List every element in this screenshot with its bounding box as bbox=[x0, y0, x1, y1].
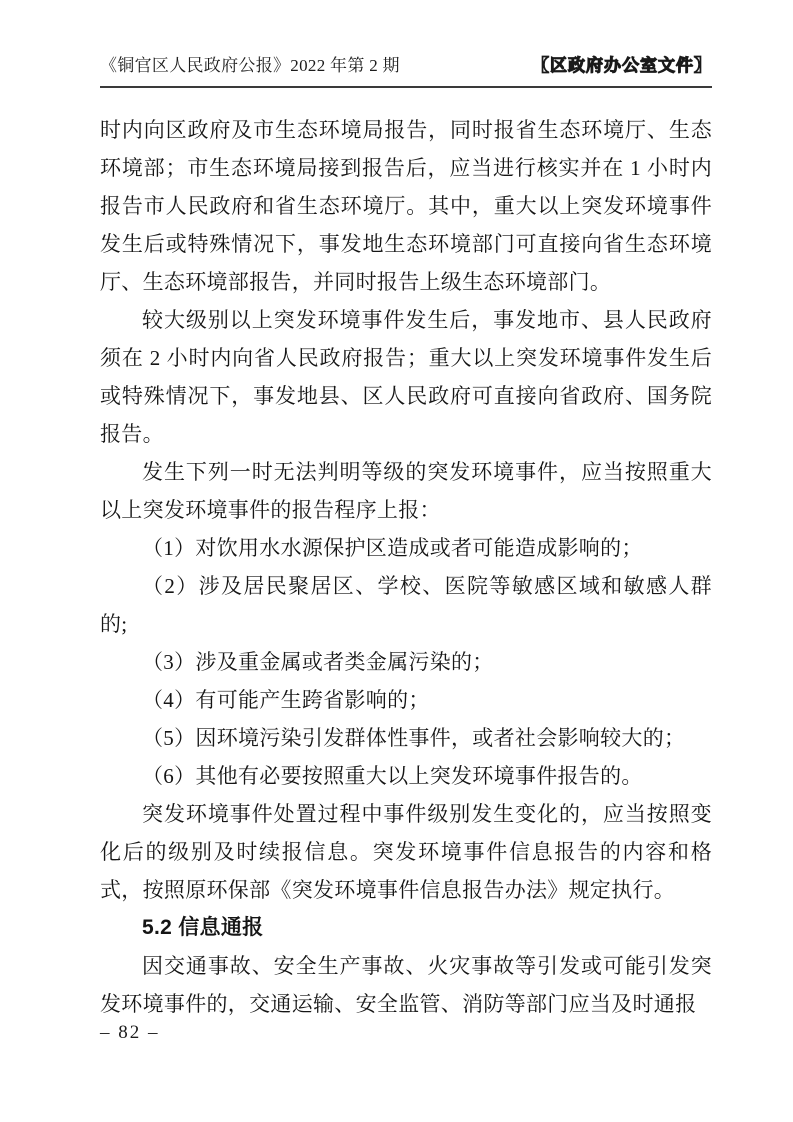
body-paragraph: 较大级别以上突发环境事件发生后，事发地市、县人民政府须在 2 小时内向省人民政府… bbox=[100, 301, 712, 453]
page-header: 《铜官区人民政府公报》2022 年第 2 期 【区政府办公室文件】 bbox=[100, 54, 712, 78]
body-paragraph: （6）其他有必要按照重大以上突发环境事件报告的。 bbox=[100, 757, 712, 795]
page-number: – 82 – bbox=[100, 1022, 160, 1043]
section-heading: 5.2 信息通报 bbox=[100, 909, 712, 947]
body-paragraph: （4）有可能产生跨省影响的； bbox=[100, 681, 712, 719]
body-paragraph: （3）涉及重金属或者类金属污染的； bbox=[100, 643, 712, 681]
document-category-label: 【区政府办公室文件】 bbox=[532, 54, 712, 78]
body-paragraph: （5）因环境污染引发群体性事件，或者社会影响较大的； bbox=[100, 719, 712, 757]
body-paragraph: 因交通事故、安全生产事故、火灾事故等引发或可能引发突发环境事件的，交通运输、安全… bbox=[100, 947, 712, 1023]
body-paragraph: 时内向区政府及市生态环境局报告，同时报省生态环境厅、生态环境部；市生态环境局接到… bbox=[100, 111, 712, 301]
body-paragraph: （2）涉及居民聚居区、学校、医院等敏感区域和敏感人群的; bbox=[100, 567, 712, 643]
body-paragraph: 发生下列一时无法判明等级的突发环境事件，应当按照重大以上突发环境事件的报告程序上… bbox=[100, 453, 712, 529]
body-paragraph: 突发环境事件处置过程中事件级别发生变化的，应当按照变化后的级别及时续报信息。突发… bbox=[100, 795, 712, 909]
document-body: 时内向区政府及市生态环境局报告，同时报省生态环境厅、生态环境部；市生态环境局接到… bbox=[100, 111, 712, 1023]
page-footer: – 82 – bbox=[100, 1022, 160, 1044]
body-paragraph: （1）对饮用水水源保护区造成或者可能造成影响的； bbox=[100, 529, 712, 567]
header-divider bbox=[100, 86, 712, 88]
gazette-title: 《铜官区人民政府公报》2022 年第 2 期 bbox=[100, 54, 400, 78]
document-page: 《铜官区人民政府公报》2022 年第 2 期 【区政府办公室文件】 时内向区政府… bbox=[0, 0, 793, 1122]
